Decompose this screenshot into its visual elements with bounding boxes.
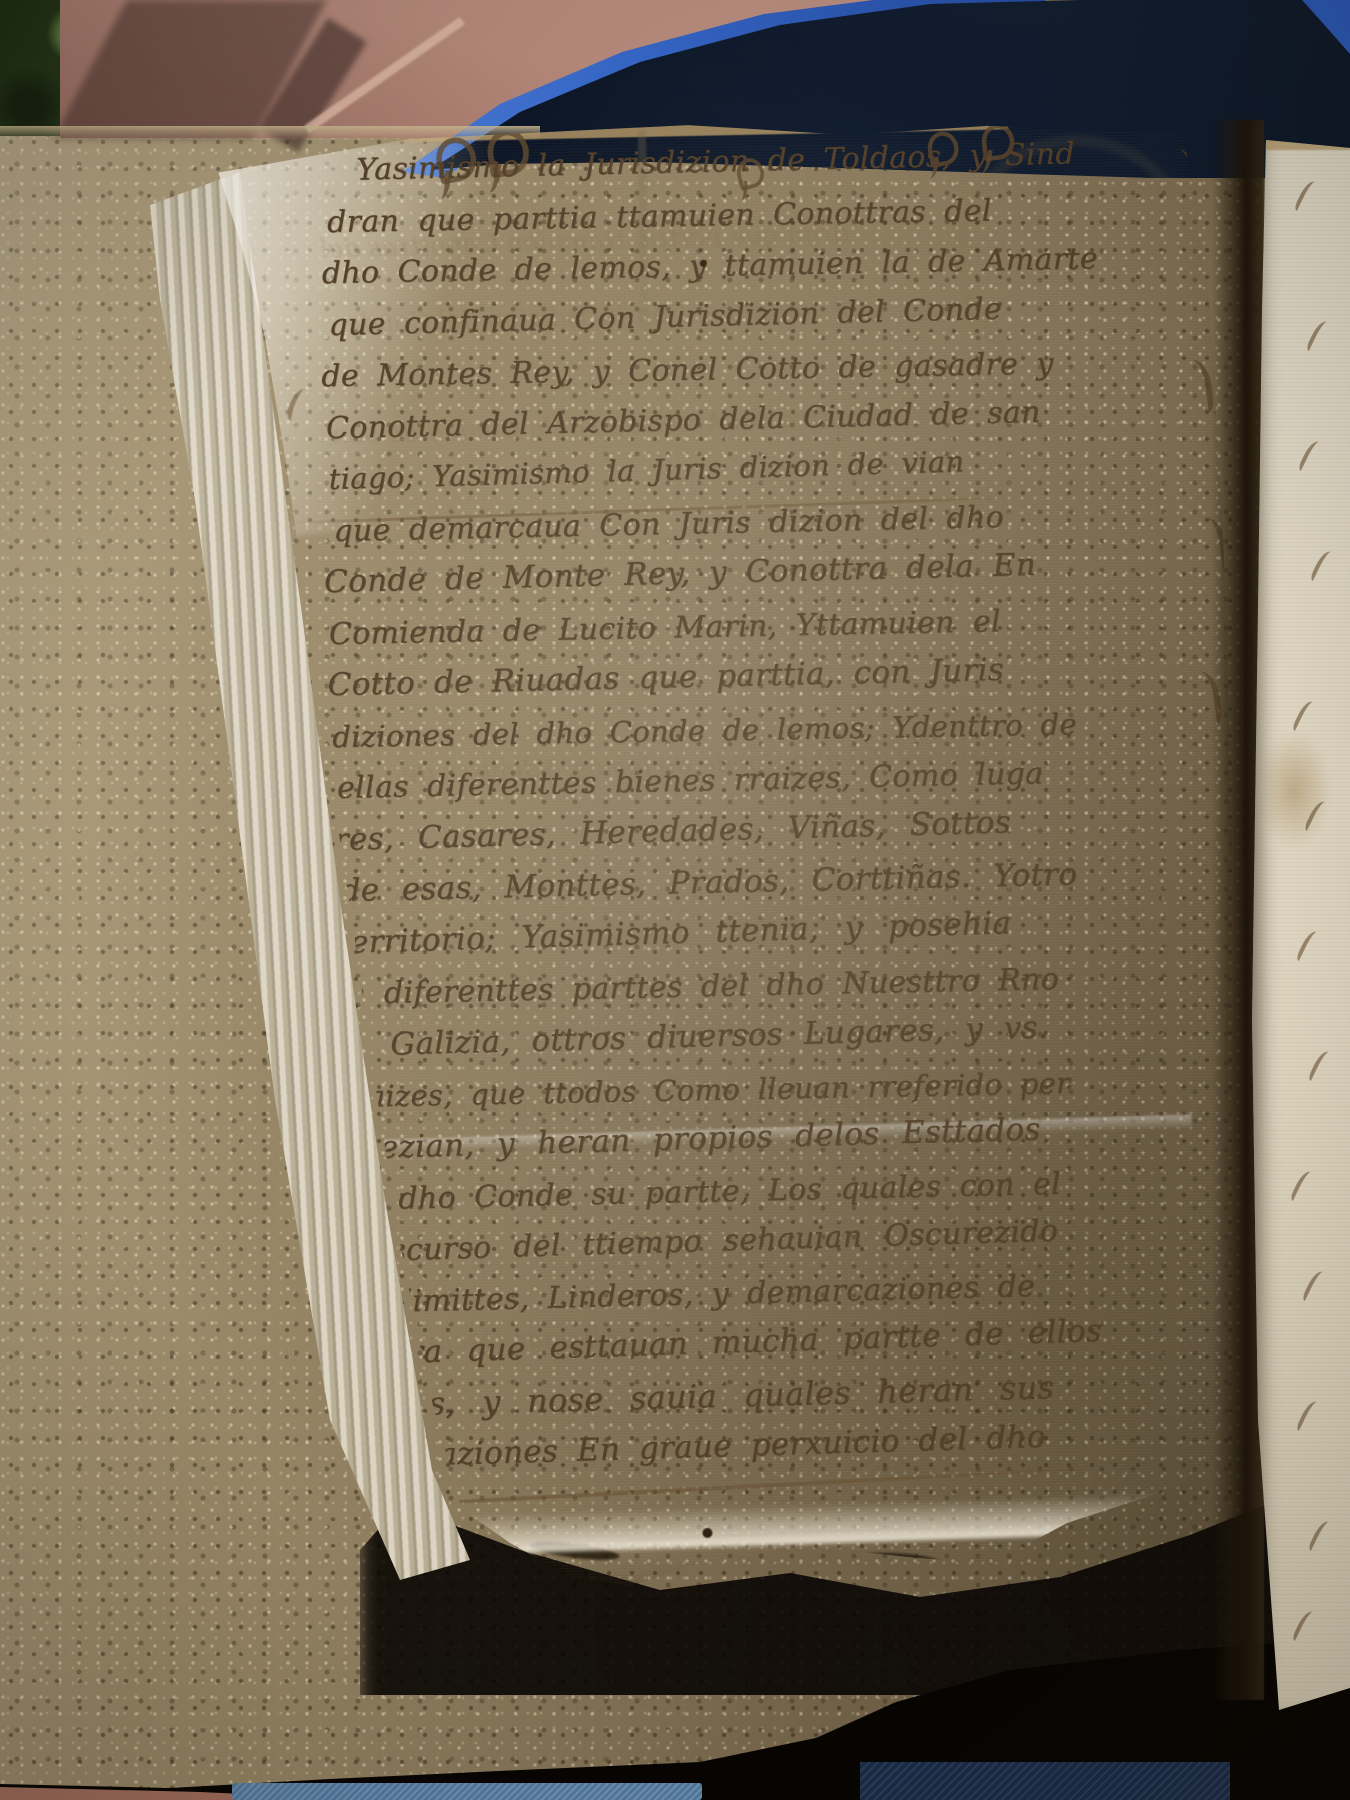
ink-blot [700, 260, 707, 267]
photo-of-manuscript: dran que parttia ttamuien Conottras del … [0, 0, 1350, 1800]
page-stain [1256, 730, 1332, 850]
ink-blot [702, 1528, 712, 1538]
facing-page [1252, 140, 1350, 1715]
manuscript-text-block: Yasimismo la Jurisdizion de Toldaos, y S… [318, 135, 1077, 1484]
paper-texture [1252, 140, 1350, 1715]
denim-fabric [232, 1783, 702, 1800]
denim-fabric-shadowed [860, 1762, 1230, 1800]
